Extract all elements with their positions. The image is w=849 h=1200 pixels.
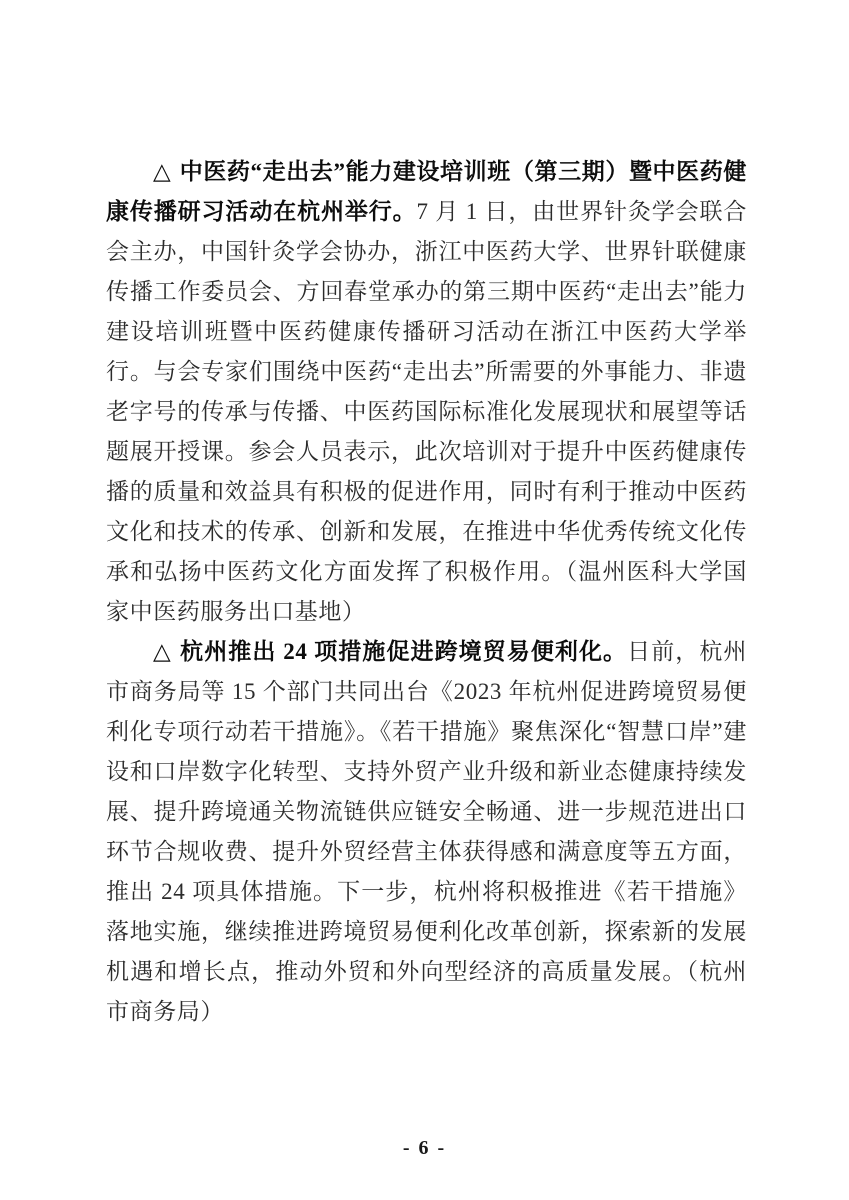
paragraph-2-text: 日前，杭州市商务局等 15 个部门共同出台《2023 年杭州促进跨境贸易便利化专… bbox=[106, 639, 747, 1024]
paragraph-1-text: 7 月 1 日，由世界针灸学会联合会主办，中国针灸学会协办，浙江中医药大学、世界… bbox=[106, 199, 747, 624]
page-number: - 6 - bbox=[403, 1137, 446, 1159]
document-body: △中医药“走出去”能力建设培训班（第三期）暨中医药健康传播研习活动在杭州举行。7… bbox=[106, 152, 747, 1032]
page-footer: - 6 - bbox=[0, 1128, 849, 1168]
triangle-bullet: △ bbox=[153, 159, 171, 184]
news-paragraph-2: △杭州推出 24 项措施促进跨境贸易便利化。日前，杭州市商务局等 15 个部门共… bbox=[106, 632, 747, 1032]
news-paragraph-1: △中医药“走出去”能力建设培训班（第三期）暨中医药健康传播研习活动在杭州举行。7… bbox=[106, 152, 747, 632]
paragraph-2-title: 杭州推出 24 项措施促进跨境贸易便利化。 bbox=[180, 639, 627, 664]
triangle-bullet: △ bbox=[153, 639, 171, 664]
document-page: △中医药“走出去”能力建设培训班（第三期）暨中医药健康传播研习活动在杭州举行。7… bbox=[0, 0, 849, 1200]
